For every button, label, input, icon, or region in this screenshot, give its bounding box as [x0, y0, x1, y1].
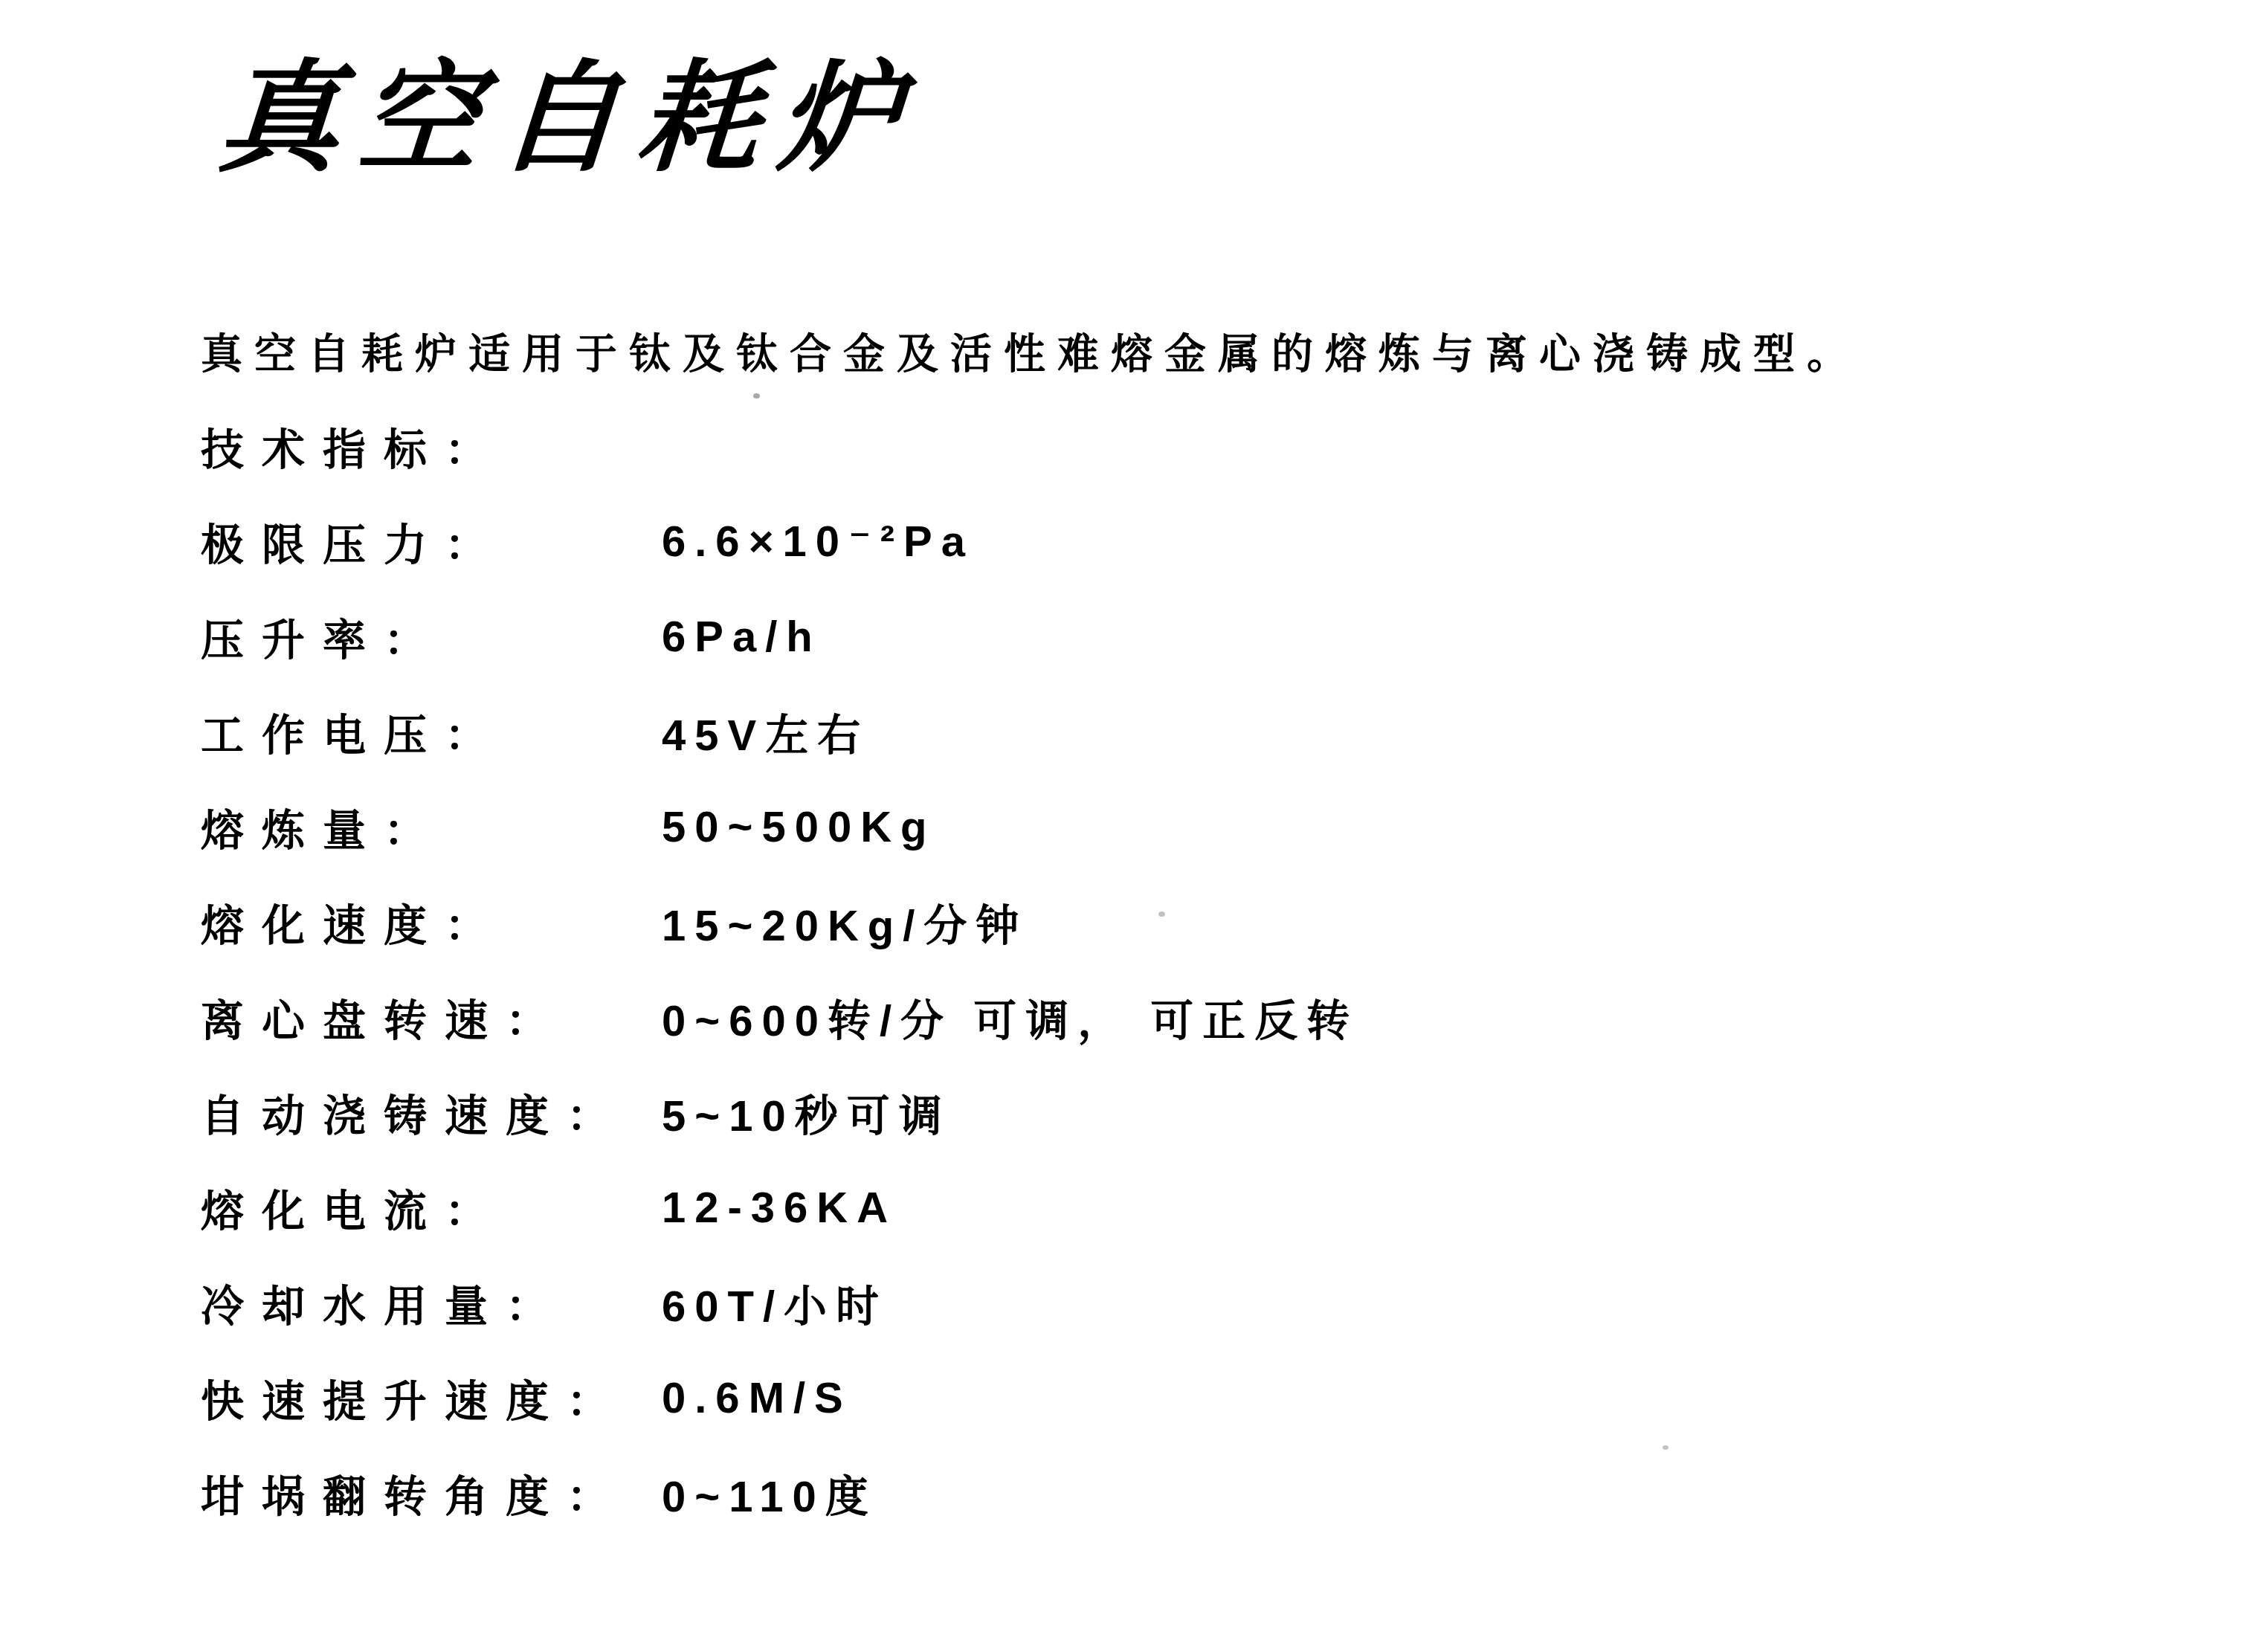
spec-value: 45V左右 [662, 700, 869, 763]
spec-value: 5~10秒可调 [662, 1081, 951, 1143]
spec-value: 15~20Kg/分钟 [662, 891, 1028, 953]
scan-speck [1158, 911, 1165, 917]
spec-label: 离心盘转速： [201, 986, 662, 1048]
spec-row: 自动浇铸速度： 5~10秒可调 [201, 1065, 2134, 1160]
spec-row: 熔炼量： 50~500Kg [201, 779, 2134, 874]
scan-speck [753, 393, 760, 399]
spec-value: 0~600转/分 可调， 可正反转 [662, 986, 1358, 1048]
spec-label: 坩埚翻转角度： [201, 1462, 662, 1524]
spec-label: 冷却水用量： [201, 1271, 662, 1334]
scan-speck [1663, 1445, 1668, 1450]
spec-value: 60T/小时 [662, 1271, 888, 1334]
spec-label: 压升率： [201, 605, 662, 668]
spec-row: 熔化速度： 15~20Kg/分钟 [201, 874, 2134, 969]
spec-value: 6.6×10⁻²Pa [662, 516, 974, 567]
spec-row: 坩埚翻转角度： 0~110度 [201, 1445, 2134, 1540]
spec-label: 自动浇铸速度： [201, 1081, 662, 1143]
spec-label: 熔化速度： [201, 891, 662, 953]
spec-row: 工作电压： 45V左右 [201, 684, 2134, 779]
spec-row: 极限压力： 6.6×10⁻²Pa [201, 494, 2134, 589]
spec-row: 快速提升速度： 0.6M/S [201, 1350, 2134, 1445]
spec-row: 冷却水用量： 60T/小时 [201, 1255, 2134, 1350]
page-title: 真空自耗炉 [214, 46, 923, 190]
spec-value: 12-36KA [662, 1183, 897, 1233]
spec-value: 0.6M/S [662, 1373, 852, 1423]
spec-label: 快速提升速度： [201, 1367, 662, 1429]
spec-value: 0~110度 [662, 1462, 877, 1524]
intro-paragraph: 真空自耗炉适用于钛及钛合金及活性难熔金属的熔炼与离心浇铸成型。 [201, 321, 1860, 381]
spec-row: 离心盘转速： 0~600转/分 可调， 可正反转 [201, 969, 2134, 1065]
spec-label: 极限压力： [201, 510, 662, 572]
spec-row: 压升率： 6Pa/h [201, 589, 2134, 684]
section-heading: 技术指标： [201, 415, 506, 477]
spec-value: 6Pa/h [662, 612, 822, 662]
spec-label: 熔炼量： [201, 796, 662, 858]
spec-value: 50~500Kg [662, 802, 935, 852]
spec-label: 熔化电流： [201, 1176, 662, 1239]
spec-row: 熔化电流： 12-36KA [201, 1160, 2134, 1255]
document-body: 真空自耗炉适用于钛及钛合金及活性难熔金属的熔炼与离心浇铸成型。 技术指标： 极限… [201, 303, 2134, 1540]
spec-label: 工作电压： [201, 700, 662, 763]
